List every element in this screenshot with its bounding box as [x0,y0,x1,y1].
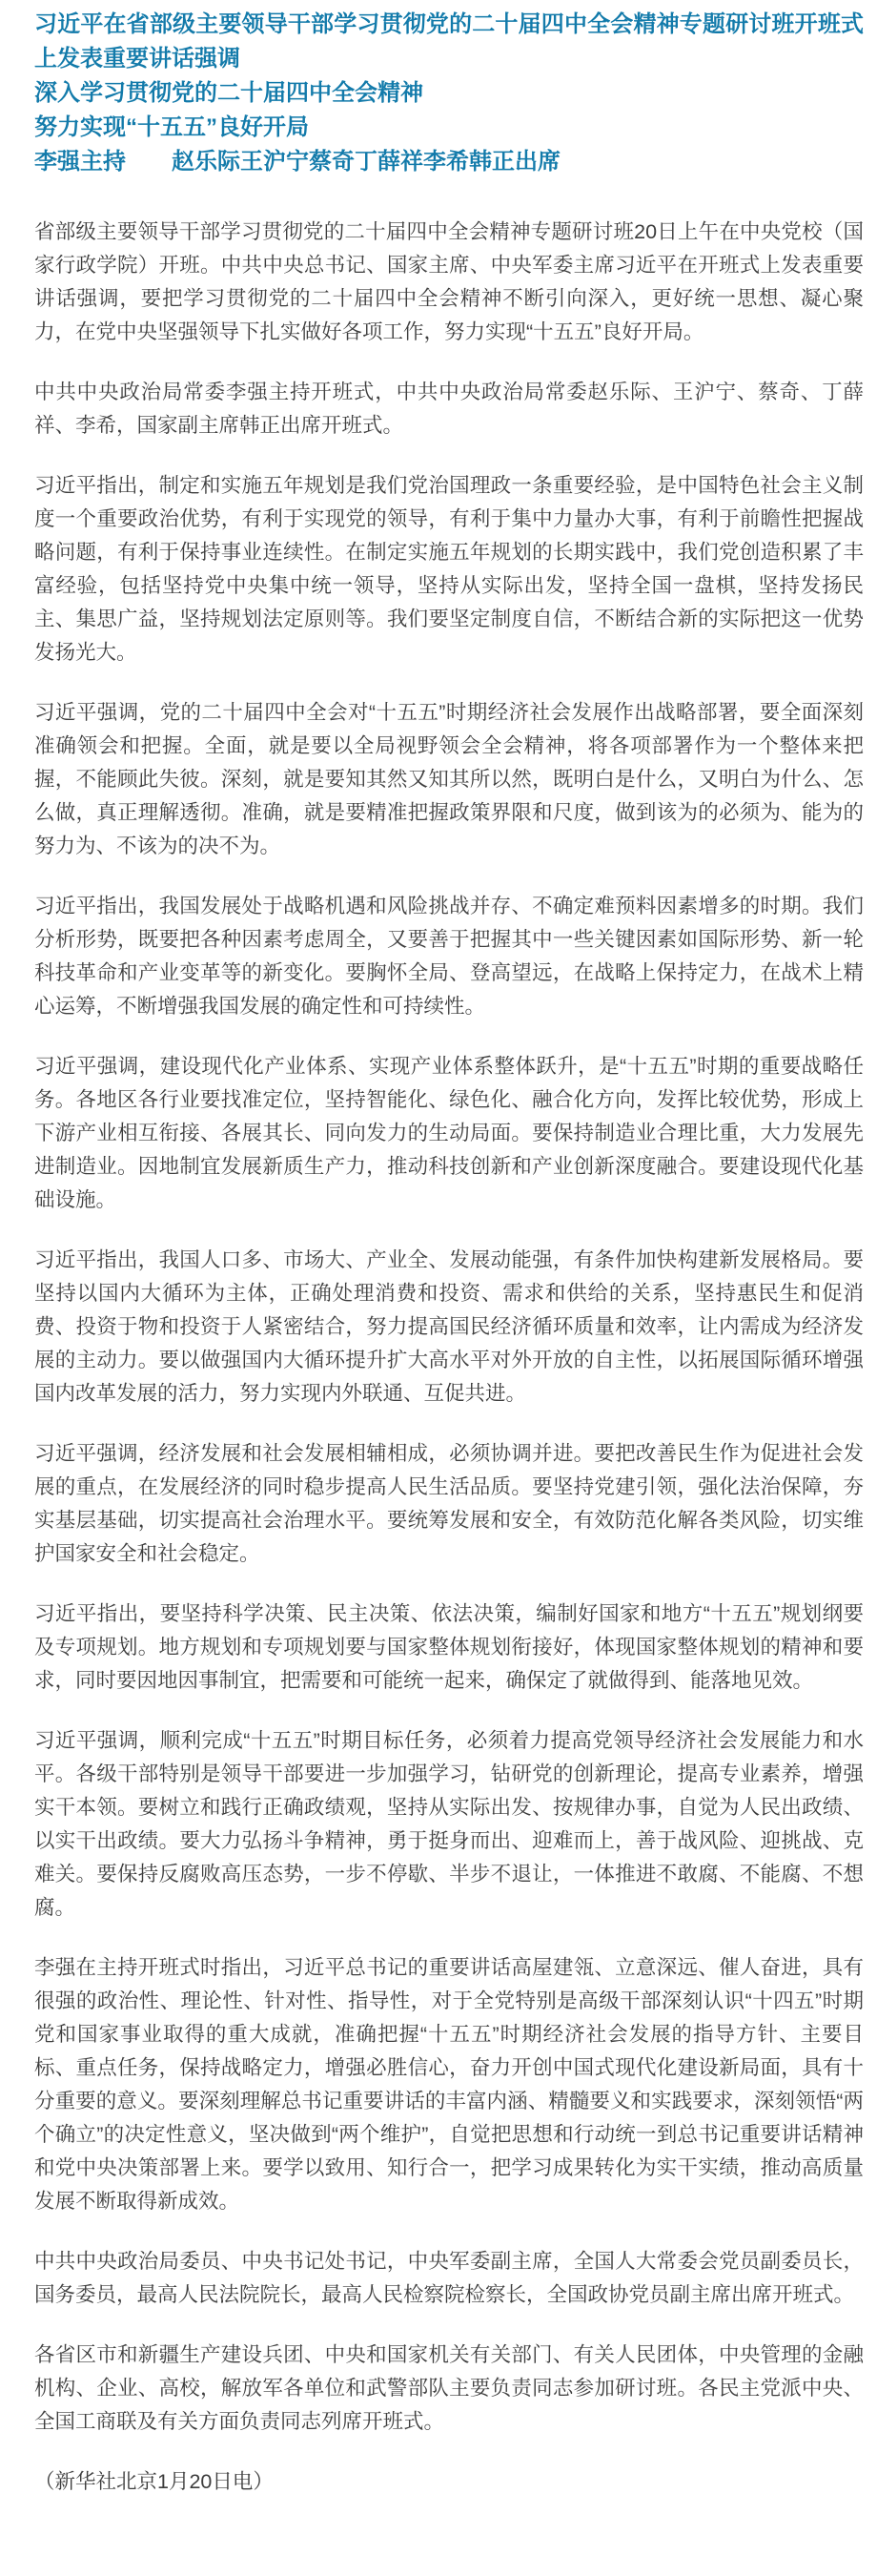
article-paragraph-8: 习近平强调，经济发展和社会发展相辅相成，必须协调并进。要把改善民生作为促进社会发… [34,1437,864,1571]
article-paragraph-12: 中共中央政治局委员、中央书记处书记，中央军委副主席，全国人大常委会党员副委员长，… [34,2245,864,2312]
news-article: 习近平在省部级主要领导干部学习贯彻党的二十届四中全会精神专题研讨班开班式上发表重… [0,0,877,2518]
article-paragraph-10: 习近平强调，顺利完成“十五五”时期目标任务，必须着力提高党领导经济社会发展能力和… [34,1724,864,1925]
news-page: 习近平在省部级主要领导干部学习贯彻党的二十届四中全会精神专题研讨班开班式上发表重… [0,0,877,2576]
article-paragraph-11: 李强在主持开班式时指出，习近平总书记的重要讲话高屋建瓴、立意深远、催人奋进，具有… [34,1951,864,2218]
article-paragraph-4: 习近平强调，党的二十届四中全会对“十五五”时期经济社会发展作出战略部署，要全面深… [34,696,864,863]
article-paragraph-5: 习近平指出，我国发展处于战略机遇和风险挑战并存、不确定难预料因素增多的时期。我们… [34,890,864,1023]
article-paragraph-2: 中共中央政治局常委李强主持开班式，中共中央政治局常委赵乐际、王沪宁、蔡奇、丁薛祥… [34,376,864,443]
article-paragraph-1: 省部级主要领导干部学习贯彻党的二十届四中全会精神专题研讨班20日上午在中央党校（… [34,216,864,349]
article-dateline: （新华社北京1月20日电） [34,2465,864,2499]
article-paragraph-3: 习近平指出，制定和实施五年规划是我们党治国理政一条重要经验，是中国特色社会主义制… [34,469,864,670]
article-headline: 习近平在省部级主要领导干部学习贯彻党的二十届四中全会精神专题研讨班开班式上发表重… [34,8,864,179]
article-paragraph-6: 习近平强调，建设现代化产业体系、实现产业体系整体跃升，是“十五五”时期的重要战略… [34,1050,864,1217]
headline-sub-title: 努力实现“十五五”良好开局 [34,111,864,145]
headline-kicker: 习近平在省部级主要领导干部学习贯彻党的二十届四中全会精神专题研讨班开班式上发表重… [34,8,864,76]
headline-main-title: 深入学习贯彻党的二十届四中全会精神 [34,76,864,111]
headline-attendees: 李强主持 赵乐际王沪宁蔡奇丁薛祥李希韩正出席 [34,145,864,179]
article-body: 省部级主要领导干部学习贯彻党的二十届四中全会精神专题研讨班20日上午在中央党校（… [34,216,864,2499]
article-paragraph-7: 习近平指出，我国人口多、市场大、产业全、发展动能强，有条件加快构建新发展格局。要… [34,1244,864,1411]
article-paragraph-9: 习近平指出，要坚持科学决策、民主决策、依法决策，编制好国家和地方“十五五”规划纲… [34,1597,864,1698]
article-paragraph-13: 各省区市和新疆生产建设兵团、中央和国家机关有关部门、有关人民团体，中央管理的金融… [34,2339,864,2439]
